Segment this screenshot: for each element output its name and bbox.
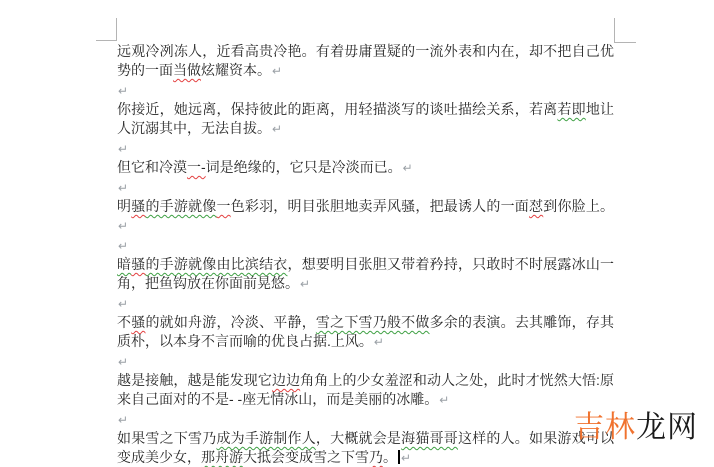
- document-page: 远观冷冽冻人，近看高贵冷艳。有着毋庸置疑的一流外表和内在，却不把自己优势的一面当…: [0, 0, 714, 467]
- text-run: 。: [383, 449, 397, 465]
- paragraph-mark-icon: ↵: [272, 64, 282, 78]
- text-run: 你接近，她远离，保持彼此的距离，用轻描淡写的谈吐描绘关系，若离: [117, 101, 557, 117]
- text-run-green-squiggle: 雪之下雪乃般不做: [316, 314, 430, 330]
- paragraph[interactable]: 暗骚的手游就像由比滨结衣，想要明目张胆又带着矜持，只敢时不时展露冰山一角，把鱼钩…: [117, 255, 614, 294]
- watermark: 吉林龙网: [574, 410, 698, 446]
- text-run-green-squiggle: 暗: [117, 256, 131, 272]
- text-boundary-corner-top-left: [96, 18, 117, 41]
- paragraph-mark-icon: ↵: [118, 181, 128, 195]
- watermark-part2: 龙网: [636, 411, 698, 444]
- paragraph-mark-icon: ↵: [118, 297, 128, 311]
- text-run-red-squiggle: 一-: [187, 159, 206, 175]
- text-run-green-squiggle: 海猫哥哥: [401, 430, 458, 446]
- text-run: 如果雪之下雪乃: [117, 430, 216, 446]
- text-run: 炫耀资本。: [201, 62, 271, 78]
- text-run-green-squiggle: 若即: [557, 101, 585, 117]
- empty-paragraph[interactable]: ↵: [117, 352, 614, 371]
- text-caret: [398, 450, 400, 464]
- empty-paragraph[interactable]: ↵: [117, 410, 614, 429]
- text-run: ，大概就会是: [316, 430, 401, 446]
- text-boundary-corner-top-right: [614, 18, 636, 43]
- paragraph-mark-icon: ↵: [401, 451, 411, 465]
- paragraph-mark-icon: ↵: [374, 335, 384, 349]
- paragraph-mark-icon: ↵: [118, 355, 128, 369]
- text-run-red-squiggle: 骚: [131, 314, 145, 330]
- paragraph[interactable]: 不骚的就如舟游，冷淡、平静，雪之下雪乃般不做多余的表演。去其雕饰，存其质朴，以本…: [117, 313, 614, 352]
- paragraph-mark-icon: ↵: [439, 393, 449, 407]
- paragraph-mark-icon: ↵: [118, 239, 128, 253]
- text-run-green-squiggle: 的手游就像: [145, 198, 216, 214]
- empty-paragraph[interactable]: ↵: [117, 178, 614, 197]
- text-run-red-squiggle: 边边: [272, 372, 300, 388]
- text-run: 大抵会变成雪之下雪: [243, 449, 369, 465]
- paragraph[interactable]: 明骚的手游就像一色彩羽，明目张胆地卖弄风骚，把最诱人的一面怼到你脸上。↵: [117, 197, 614, 236]
- paragraph-mark-icon: ↵: [118, 142, 128, 156]
- text-run: 的就如舟游，冷淡、平静，: [145, 314, 315, 330]
- text-run-red-squiggle: 当做: [173, 62, 201, 78]
- text-run-red-squiggle: 骚: [131, 256, 145, 272]
- text-run: 越是接触，越是能发现它: [117, 372, 272, 388]
- text-run-red-squiggle: 怼: [529, 198, 543, 214]
- text-run: 明: [117, 198, 131, 214]
- text-run-red-squiggle: 一: [216, 198, 230, 214]
- paragraph-mark-icon: ↵: [118, 219, 128, 233]
- text-run: 到你脸上。: [543, 198, 614, 214]
- paragraph-mark-icon: ↵: [403, 161, 413, 175]
- paragraph-mark-icon: ↵: [118, 84, 128, 98]
- empty-paragraph[interactable]: ↵: [117, 81, 614, 100]
- watermark-part1: 吉林: [574, 411, 636, 444]
- text-run: 不: [117, 314, 131, 330]
- paragraph[interactable]: 但它和冷漠一-词是绝缘的，它只是冷淡而已。↵: [117, 158, 614, 178]
- paragraph-mark-icon: ↵: [272, 122, 282, 136]
- text-run-green-squiggle: 的手游就像由比滨结衣: [145, 256, 287, 272]
- paragraph[interactable]: 远观冷冽冻人，近看高贵冷艳。有着毋庸置疑的一流外表和内在，却不把自己优势的一面当…: [117, 42, 614, 81]
- paragraph-mark-icon: ↵: [118, 413, 128, 427]
- document-text-area[interactable]: 远观冷冽冻人，近看高贵冷艳。有着毋庸置疑的一流外表和内在，却不把自己优势的一面当…: [117, 42, 614, 467]
- text-run: 但它和冷漠: [117, 159, 187, 175]
- paragraph[interactable]: 越是接触，越是能发现它边边角角上的少女羞涩和动人之处，此时才恍然大悟:原来自己面…: [117, 371, 614, 410]
- paragraph[interactable]: 如果雪之下雪乃成为手游制作人，大概就会是海猫哥哥这样的人。如果游戏可以变成美少女…: [117, 429, 614, 467]
- text-run-red-squiggle: 乃: [369, 449, 383, 465]
- text-run-green-squiggle: 那舟游: [201, 449, 243, 465]
- paragraph-mark-icon: ↵: [300, 277, 310, 291]
- text-run: 词是绝缘的，它只是冷淡而已。: [206, 159, 402, 175]
- empty-paragraph[interactable]: ↵: [117, 236, 614, 255]
- text-run: 色彩羽，明目张胆地卖弄风骚，把最诱人的一面: [231, 198, 529, 214]
- paragraph[interactable]: 你接近，她远离，保持彼此的距离，用轻描淡写的谈吐描绘关系，若离若即地让人沉溺其中…: [117, 100, 614, 139]
- text-run-green-squiggle: 成为手游制作人: [216, 430, 315, 446]
- text-run-red-squiggle: 骚: [131, 198, 145, 214]
- empty-paragraph[interactable]: ↵: [117, 139, 614, 158]
- empty-paragraph[interactable]: ↵: [117, 294, 614, 313]
